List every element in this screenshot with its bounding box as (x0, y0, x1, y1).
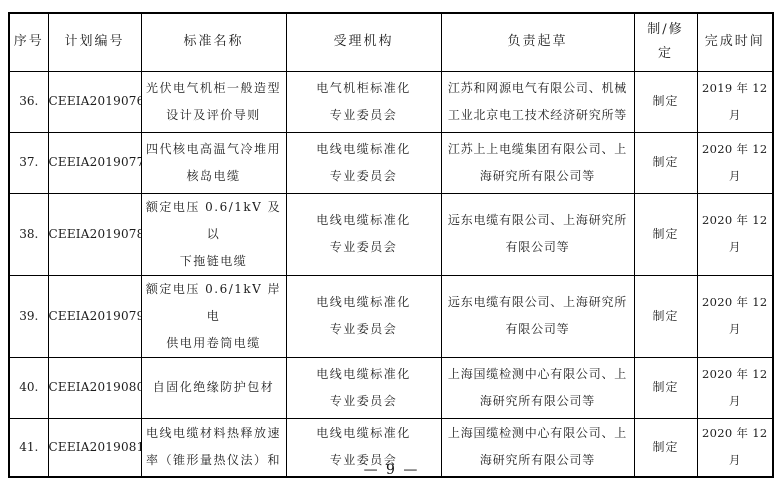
cell-plan-no: CEEIA2019078 (48, 193, 141, 275)
cell-drafter: 上海国缆检测中心有限公司、上 海研究所有限公司等 (441, 357, 634, 418)
cell-completion: 2020 年 12 月 (697, 193, 773, 275)
cell-seq: 37. (9, 132, 48, 193)
cell-standard-name: 额定电压 0.6/1kV 岸电 供电用卷筒电缆 (141, 275, 286, 357)
cell-completion: 2020 年 12 月 (697, 275, 773, 357)
cell-type: 制定 (634, 193, 697, 275)
table-row: 38. CEEIA2019078 额定电压 0.6/1kV 及以 下拖链电缆 电… (9, 193, 773, 275)
table-row: 36. CEEIA2019076 光伏电气机柜一般造型 设计及评价导则 电气机柜… (9, 71, 773, 132)
table-row: 40. CEEIA2019080 自固化绝缘防护包材 电线电缆标准化 专业委员会… (9, 357, 773, 418)
cell-drafter: 江苏上上电缆集团有限公司、上 海研究所有限公司等 (441, 132, 634, 193)
header-accepting-org: 受理机构 (286, 13, 441, 71)
cell-plan-no: CEEIA2019076 (48, 71, 141, 132)
cell-plan-no: CEEIA2019079 (48, 275, 141, 357)
table-row: 37. CEEIA2019077 四代核电高温气冷堆用 核岛电缆 电线电缆标准化… (9, 132, 773, 193)
cell-seq: 38. (9, 193, 48, 275)
cell-completion: 2020 年 12 月 (697, 132, 773, 193)
header-standard-name: 标准名称 (141, 13, 286, 71)
cell-seq: 40. (9, 357, 48, 418)
cell-standard-name: 自固化绝缘防护包材 (141, 357, 286, 418)
page-number: — 9 — (0, 462, 783, 478)
table-row: 39. CEEIA2019079 额定电压 0.6/1kV 岸电 供电用卷筒电缆… (9, 275, 773, 357)
cell-drafter: 江苏和网源电气有限公司、机械 工业北京电工技术经济研究所等 (441, 71, 634, 132)
header-drafter: 负责起草 (441, 13, 634, 71)
cell-completion: 2019 年 12 月 (697, 71, 773, 132)
document-page: 序号 计划编号 标准名称 受理机构 负责起草 制/修 定 完成时间 36. CE… (0, 0, 783, 503)
cell-plan-no: CEEIA2019077 (48, 132, 141, 193)
cell-type: 制定 (634, 275, 697, 357)
cell-accepting-org: 电气机柜标准化 专业委员会 (286, 71, 441, 132)
cell-accepting-org: 电线电缆标准化 专业委员会 (286, 132, 441, 193)
header-type: 制/修 定 (634, 13, 697, 71)
cell-accepting-org: 电线电缆标准化 专业委员会 (286, 193, 441, 275)
cell-accepting-org: 电线电缆标准化 专业委员会 (286, 275, 441, 357)
cell-seq: 36. (9, 71, 48, 132)
standards-plan-table: 序号 计划编号 标准名称 受理机构 负责起草 制/修 定 完成时间 36. CE… (8, 12, 774, 478)
cell-completion: 2020 年 12 月 (697, 357, 773, 418)
cell-accepting-org: 电线电缆标准化 专业委员会 (286, 357, 441, 418)
cell-drafter: 远东电缆有限公司、上海研究所 有限公司等 (441, 193, 634, 275)
cell-type: 制定 (634, 132, 697, 193)
cell-plan-no: CEEIA2019080 (48, 357, 141, 418)
cell-type: 制定 (634, 71, 697, 132)
header-completion: 完成时间 (697, 13, 773, 71)
cell-standard-name: 额定电压 0.6/1kV 及以 下拖链电缆 (141, 193, 286, 275)
table-header-row: 序号 计划编号 标准名称 受理机构 负责起草 制/修 定 完成时间 (9, 13, 773, 71)
cell-standard-name: 四代核电高温气冷堆用 核岛电缆 (141, 132, 286, 193)
cell-type: 制定 (634, 357, 697, 418)
cell-seq: 39. (9, 275, 48, 357)
cell-standard-name: 光伏电气机柜一般造型 设计及评价导则 (141, 71, 286, 132)
header-plan-no: 计划编号 (48, 13, 141, 71)
header-seq: 序号 (9, 13, 48, 71)
cell-drafter: 远东电缆有限公司、上海研究所 有限公司等 (441, 275, 634, 357)
